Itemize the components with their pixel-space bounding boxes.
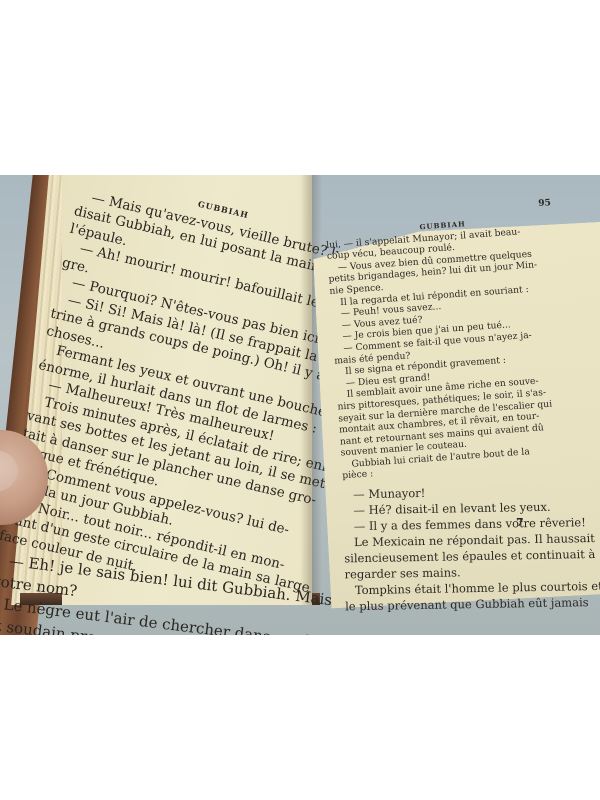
signature-mark: 7 bbox=[516, 516, 524, 529]
page-number: 95 bbox=[538, 198, 551, 210]
left-page: GUBBIAH — Mais qu'avez-vous, vieille bru… bbox=[62, 175, 312, 605]
book-gutter bbox=[300, 175, 322, 605]
right-page-text: 95 GUBBIAH lui, — il s'appelait Munayor;… bbox=[325, 212, 586, 615]
